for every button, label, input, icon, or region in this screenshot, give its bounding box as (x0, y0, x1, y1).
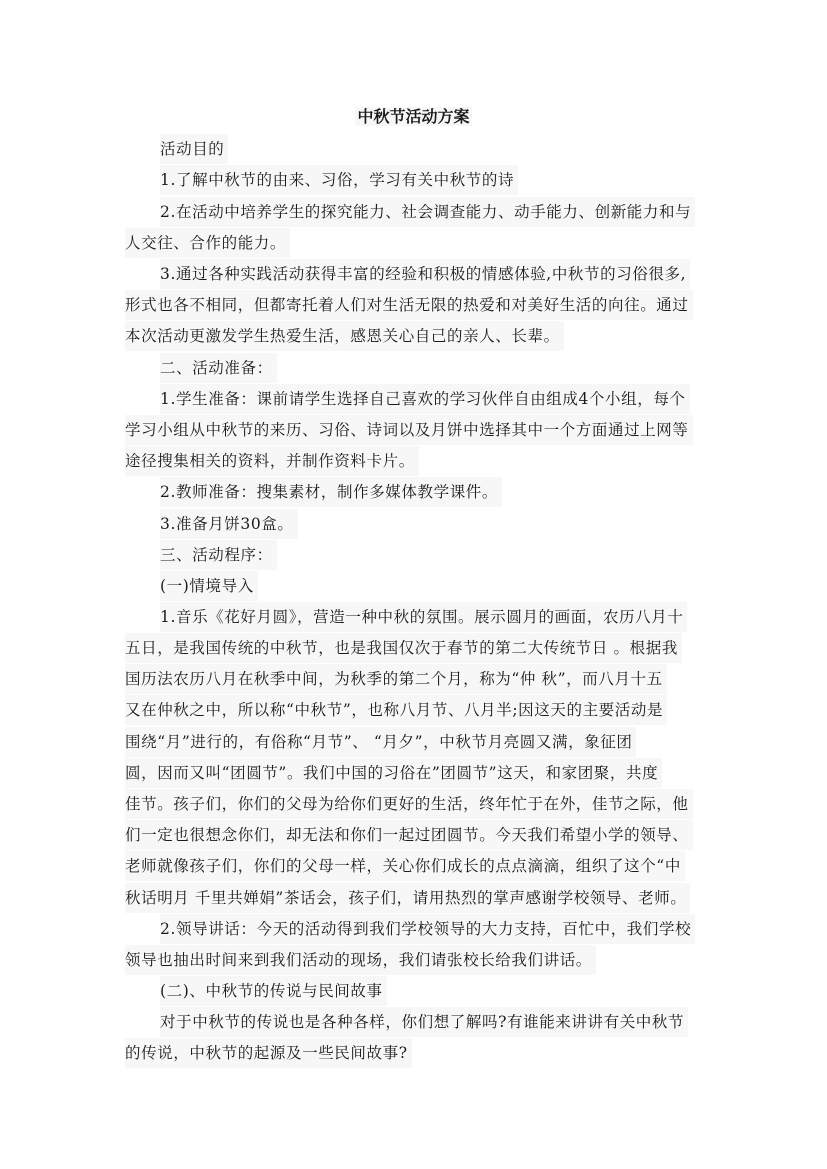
text-line-content: 佳节。孩子们，你们的父母为给你们更好的生活，终年忙于在外，佳节之际，他 (125, 789, 693, 819)
text-line: 佳节。孩子们，你们的父母为给你们更好的生活，终年忙于在外，佳节之际，他 (125, 789, 693, 819)
text-line-content: 本次活动更激发学生热爱生活，感恩关心自己的亲人、长辈。 (125, 321, 564, 351)
text-line-content: 2.领导讲话：今天的活动得到我们学校领导的大力支持，百忙中，我们学校 (160, 914, 695, 944)
text-line-content: 秋话明月 千里共婵娟”茶话会，孩子们，请用热烈的掌声感谢学校领导、老师。 (125, 883, 690, 913)
text-line-content: 对于中秋节的传说也是各种各样，你们想了解吗?有谁能来讲讲有关中秋节 (160, 1007, 688, 1037)
text-line-content: 人交往、合作的能力。 (125, 228, 290, 258)
text-line-content: 3.准备月饼30盒。 (160, 509, 298, 539)
text-line: 围绕“月”进行的，有俗称“月节”、 “月夕”，中秋节月亮圆又满，象征团 (125, 727, 636, 757)
text-line-content: 五日，是我国传统的中秋节，也是我国仅次于春节的第二大传统节日 。根据我 (125, 633, 682, 663)
text-line: 圆，因而又叫“团圆节”。我们中国的习俗在”团圆节”这天，和家团聚，共度 (125, 758, 662, 788)
text-line-content: 国历法农历八月在秋季中间，为秋季的第二个月，称为“仲 秋”，而八月十五 (125, 664, 667, 694)
text-line-content: 3.通过各种实践活动获得丰富的经验和积极的情感体验,中秋节的习俗很多, (160, 259, 690, 289)
text-line-content: 途径搜集相关的资料，并制作资料卡片。 (125, 446, 419, 476)
text-line-content: 1.了解中秋节的由来、习俗，学习有关中秋节的诗 (160, 165, 518, 195)
text-line-content: 学习小组从中秋节的来历、习俗、诗词以及月饼中选择其中一个方面通过上网等 (125, 415, 693, 445)
text-line-content: 老师就像孩子们，你们的父母一样，关心你们成长的点点滴滴，组织了这个“中 (125, 851, 685, 881)
text-line: 3.准备月饼30盒。 (160, 509, 298, 539)
text-line: 1.音乐《花好月圆》，营造一种中秋的氛围。展示圆月的画面，农历八月十 (160, 602, 687, 632)
text-line-content: 圆，因而又叫“团圆节”。我们中国的习俗在”团圆节”这天，和家团聚，共度 (125, 758, 662, 788)
text-line-content: 2.教师准备：搜集素材，制作多媒体教学课件。 (160, 477, 502, 507)
text-line: 本次活动更激发学生热爱生活，感恩关心自己的亲人、长辈。 (125, 321, 564, 351)
text-line: (一)情境导入 (160, 571, 258, 601)
text-line-content: 2.在活动中培养学生的探究能力、社会调查能力、动手能力、创新能力和与 (160, 197, 695, 227)
text-line: (二)、中秋节的传说与民间故事 (160, 976, 387, 1006)
text-line: 领导也抽出时间来到我们活动的现场，我们请张校长给我们讲话。 (125, 945, 596, 975)
text-line: 人交往、合作的能力。 (125, 228, 290, 258)
text-line: 五日，是我国传统的中秋节，也是我国仅次于春节的第二大传统节日 。根据我 (125, 633, 682, 663)
text-line-content: 围绕“月”进行的，有俗称“月节”、 “月夕”，中秋节月亮圆又满，象征团 (125, 727, 636, 757)
text-line: 国历法农历八月在秋季中间，为秋季的第二个月，称为“仲 秋”，而八月十五 (125, 664, 667, 694)
text-line-content: (一)情境导入 (160, 571, 258, 601)
text-line-content: (二)、中秋节的传说与民间故事 (160, 976, 387, 1006)
text-line: 活动目的 (160, 134, 228, 164)
text-line: 秋话明月 千里共婵娟”茶话会，孩子们，请用热烈的掌声感谢学校领导、老师。 (125, 883, 690, 913)
text-line-content: 活动目的 (160, 134, 228, 164)
text-line: 三、活动程序： (160, 540, 277, 570)
text-line-content: 1.学生准备：课前请学生选择自己喜欢的学习伙伴自由组成4个小组，每个 (160, 384, 690, 414)
text-line-content: 1.音乐《花好月圆》，营造一种中秋的氛围。展示圆月的画面，农历八月十 (160, 602, 687, 632)
text-line-content: 的传说，中秋节的起源及一些民间故事? (125, 1038, 412, 1068)
text-line: 3.通过各种实践活动获得丰富的经验和积极的情感体验,中秋节的习俗很多, (160, 259, 690, 289)
document-page: 中秋节活动方案 活动目的1.了解中秋节的由来、习俗，学习有关中秋节的诗2.在活动… (0, 0, 827, 1169)
text-line: 1.了解中秋节的由来、习俗，学习有关中秋节的诗 (160, 165, 518, 195)
text-line: 老师就像孩子们，你们的父母一样，关心你们成长的点点滴滴，组织了这个“中 (125, 851, 685, 881)
text-line-content: 二、活动准备： (160, 353, 277, 383)
text-line: 1.学生准备：课前请学生选择自己喜欢的学习伙伴自由组成4个小组，每个 (160, 384, 690, 414)
text-line: 的传说，中秋节的起源及一些民间故事? (125, 1038, 412, 1068)
text-line: 对于中秋节的传说也是各种各样，你们想了解吗?有谁能来讲讲有关中秋节 (160, 1007, 688, 1037)
text-line: 学习小组从中秋节的来历、习俗、诗词以及月饼中选择其中一个方面通过上网等 (125, 415, 693, 445)
text-line-content: 三、活动程序： (160, 540, 277, 570)
text-line-content: 们一定也很想念你们，却无法和你们一起过团圆节。今天我们希望小学的领导、 (125, 820, 693, 850)
document-title: 中秋节活动方案 (0, 104, 827, 130)
text-line: 2.领导讲话：今天的活动得到我们学校领导的大力支持，百忙中，我们学校 (160, 914, 695, 944)
text-line-content: 领导也抽出时间来到我们活动的现场，我们请张校长给我们讲话。 (125, 945, 596, 975)
text-line: 们一定也很想念你们，却无法和你们一起过团圆节。今天我们希望小学的领导、 (125, 820, 693, 850)
text-line-content: 又在仲秋之中，所以称“中秋节”，也称八月节、八月半;因这天的主要活动是 (125, 695, 667, 725)
text-line: 2.教师准备：搜集素材，制作多媒体教学课件。 (160, 477, 502, 507)
text-line: 途径搜集相关的资料，并制作资料卡片。 (125, 446, 419, 476)
text-line: 形式也各不相同，但都寄托着人们对生活无限的热爱和对美好生活的向往。通过 (125, 290, 693, 320)
text-line: 2.在活动中培养学生的探究能力、社会调查能力、动手能力、创新能力和与 (160, 197, 695, 227)
text-line: 二、活动准备： (160, 353, 277, 383)
text-line: 又在仲秋之中，所以称“中秋节”，也称八月节、八月半;因这天的主要活动是 (125, 695, 667, 725)
text-line-content: 形式也各不相同，但都寄托着人们对生活无限的热爱和对美好生活的向往。通过 (125, 290, 693, 320)
